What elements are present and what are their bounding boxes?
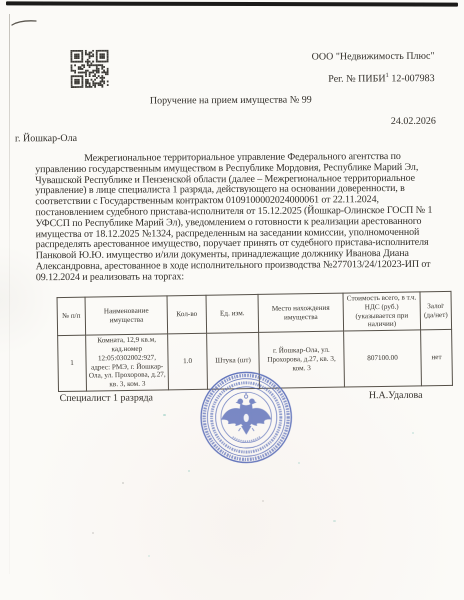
col-header-pledge: Залог (да/нет) bbox=[420, 291, 452, 330]
cell-value: 807100.00 bbox=[344, 330, 422, 387]
signer-name: Н.А.Удалова bbox=[369, 390, 423, 401]
col-header-location: Место нахождения имущества bbox=[258, 293, 344, 332]
body-paragraph: Межрегиональное территориальное управлен… bbox=[35, 152, 444, 284]
document-content: ООО "Недвижимость Плюс" Рег. № ПИБИ1 12-… bbox=[0, 0, 464, 600]
col-header-name: Наименование имущества bbox=[85, 296, 168, 335]
scanned-document-page: { "header": { "company": "ООО \"Недвижим… bbox=[0, 0, 464, 600]
official-round-seal-icon bbox=[197, 369, 295, 467]
letterhead-block: ООО "Недвижимость Плюс" Рег. № ПИБИ1 12-… bbox=[312, 51, 435, 86]
cell-num: 1 bbox=[58, 335, 87, 391]
cell-name: Комната, 12,9 кв.м, кад.номер 12:05:0302… bbox=[86, 334, 169, 391]
col-header-value: Стоимость всего, в т.ч. НДС (руб.) (указ… bbox=[343, 292, 421, 331]
document-date: 24.02.2026 bbox=[391, 116, 436, 127]
document-city: г. Йошкар-Ола bbox=[15, 133, 77, 144]
signer-position: Специалист 1 разряда bbox=[60, 392, 153, 404]
registration-number: Рег. № ПИБИ1 12-007983 bbox=[312, 70, 435, 86]
document-title: Поручение на прием имущества № 99 bbox=[0, 94, 463, 108]
col-header-unit: Ед. изм. bbox=[206, 294, 259, 333]
company-name: ООО "Недвижимость Плюс" bbox=[312, 51, 435, 64]
cell-pledge: нет bbox=[421, 329, 453, 385]
col-header-qty: Кол-во bbox=[167, 295, 207, 334]
qr-code-icon bbox=[70, 50, 108, 88]
table-header-row: № п/п Наименование имущества Кол-во Ед. … bbox=[57, 291, 452, 335]
col-header-num: № п/п bbox=[57, 297, 86, 336]
